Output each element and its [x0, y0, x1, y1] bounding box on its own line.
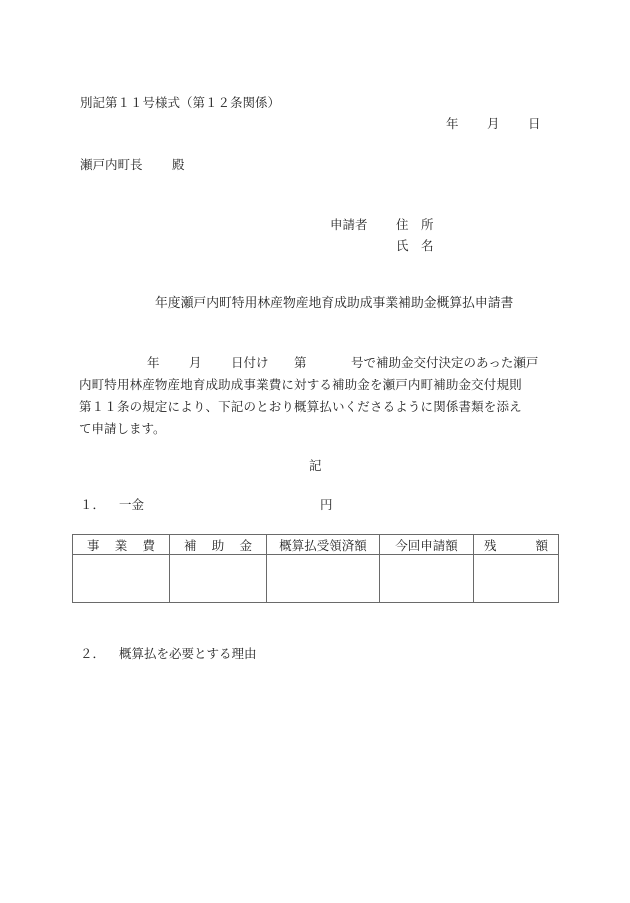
cell-subsidy[interactable]	[170, 555, 267, 603]
body-no: 第	[294, 357, 307, 370]
cell-project-cost[interactable]	[73, 555, 170, 603]
amount-table: 事 業 費 補 助 金 概算払受領済額 今回申請額 残 額	[72, 534, 559, 603]
col-header-current-request: 今回申請額	[380, 535, 474, 555]
table-row	[73, 555, 559, 603]
item1-label: 一金	[119, 499, 144, 512]
body-dated: 日付け	[231, 357, 269, 370]
col-header-advance-received: 概算払受領済額	[267, 535, 380, 555]
table-header-row: 事 業 費 補 助 金 概算払受領済額 今回申請額 残 額	[73, 535, 559, 555]
item2-number: ２．	[80, 648, 105, 661]
body-line2: 内町特用林産物産地育成助成事業費に対する補助金を瀬戸内町補助金交付規則	[79, 379, 522, 392]
addressee-honorific: 殿	[172, 159, 185, 172]
body-line1-rest: 号で補助金交付決定のあった瀬戸	[351, 357, 538, 370]
form-label: 別記第１１号様式（第１２条関係）	[80, 97, 280, 110]
cell-balance[interactable]	[474, 555, 559, 603]
ki-label: 記	[309, 460, 322, 473]
date-year: 年	[446, 118, 459, 131]
item2-label: 概算払を必要とする理由	[119, 648, 257, 661]
body-year: 年	[147, 357, 160, 370]
body-line3: 第１１条の規定により、下記のとおり概算払いくださるように関係書類を添え	[79, 401, 522, 414]
cell-advance-received[interactable]	[267, 555, 380, 603]
applicant-label: 申請者	[330, 219, 368, 232]
body-line4: て申請します。	[79, 423, 166, 436]
date-day: 日	[528, 118, 541, 131]
document-title: 年度瀬戸内町特用林産物産地育成助成事業補助金概算払申請書	[155, 298, 513, 311]
col-header-subsidy: 補 助 金	[170, 535, 267, 555]
cell-current-request[interactable]	[380, 555, 474, 603]
addressee-name: 瀬戸内町長	[80, 159, 143, 172]
applicant-address-label: 住 所	[396, 219, 434, 232]
body-month: 月	[189, 357, 202, 370]
item1-unit: 円	[320, 499, 333, 512]
applicant-name-label: 氏 名	[396, 240, 434, 253]
date-month: 月	[487, 118, 500, 131]
col-header-balance: 残 額	[474, 535, 559, 555]
col-header-project-cost: 事 業 費	[73, 535, 170, 555]
item1-number: １．	[80, 499, 105, 512]
